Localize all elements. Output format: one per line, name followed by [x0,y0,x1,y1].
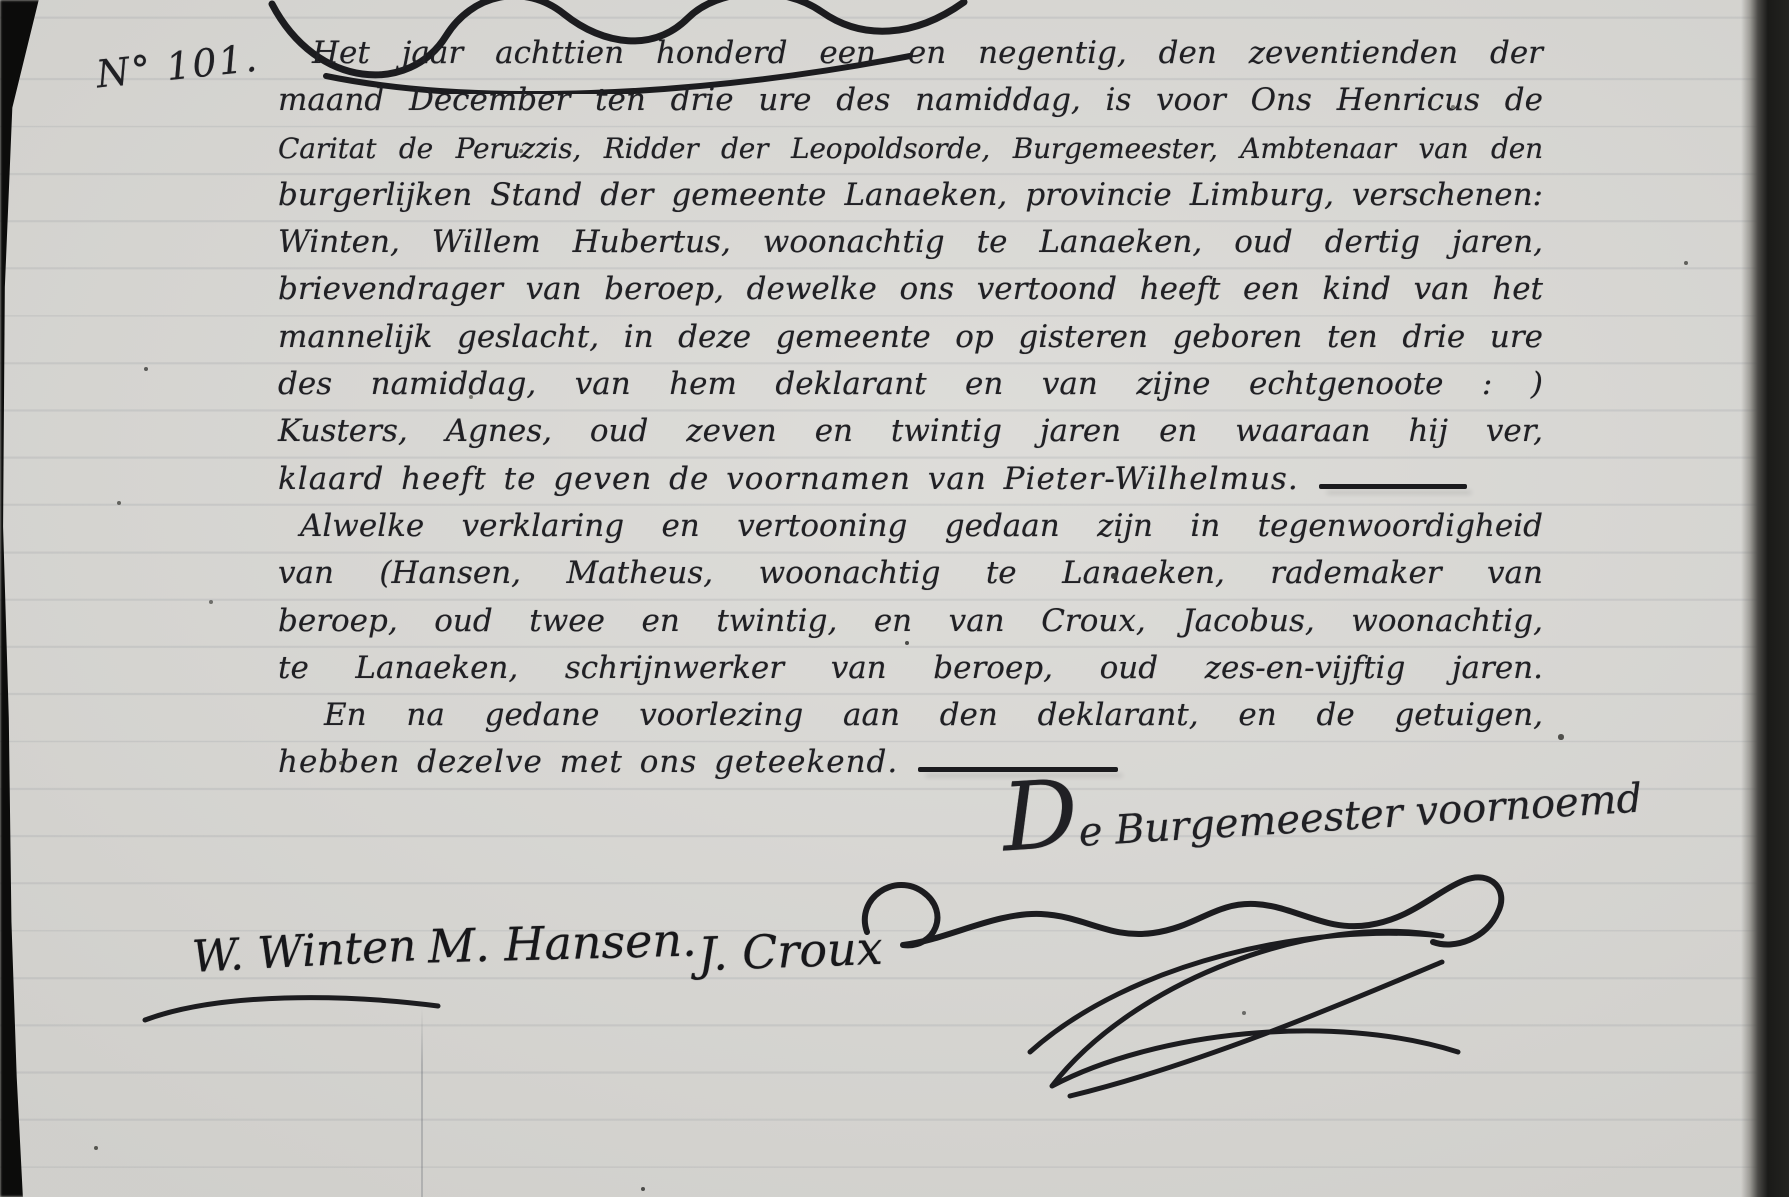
body-line-text: des namiddag, van hem deklarant en van z… [278,366,1543,402]
ink-dash-rule [1319,484,1467,489]
body-line: klaard heeft te geven de voornamen van P… [278,456,1543,503]
act-body-text: Het jaar achttien honderd een en negenti… [278,30,1543,787]
body-line: Caritat de Peruzzis, Ridder der Leopolds… [278,125,1543,172]
body-line-text: Het jaar achttien honderd een en negenti… [312,35,1543,71]
body-line: des namiddag, van hem deklarant en van z… [278,361,1543,408]
body-line: Het jaar achttien honderd een en negenti… [278,30,1543,77]
page-edge-right [1741,0,1789,1197]
body-line: burgerlijken Stand der gemeente Lanaeken… [278,172,1543,219]
body-line-text: maand December ten drie ure des namiddag… [278,82,1543,118]
body-line: te Lanaeken, schrijnwerker van beroep, o… [278,645,1543,692]
civil-register-page: N° 101. Het jaar achttien honderd een en… [0,0,1789,1197]
body-line-text: Winten, Willem Hubertus, woonachtig te L… [278,224,1543,260]
body-line-text: Alwelke verklaring en vertooning gedaan … [300,508,1543,544]
body-line: En na gedane voorlezing aan den deklaran… [278,692,1543,739]
body-line: van (Hansen, Matheus, woonachtig te Lana… [278,550,1543,597]
body-line-text: klaard heeft te geven de voornamen van P… [278,461,1299,497]
body-line: Alwelke verklaring en vertooning gedaan … [278,503,1543,550]
body-line-text: hebben dezelve met ons geteekend. [278,744,898,780]
body-line-text: burgerlijken Stand der gemeente Lanaeken… [278,177,1543,213]
body-line: beroep, oud twee en twintig, en van Crou… [278,598,1543,645]
signature-hansen: M. Hansen. [427,912,697,973]
body-line: hebben dezelve met ons geteekend. [278,739,1543,786]
body-line: maand December ten drie ure des namiddag… [278,77,1543,124]
body-line: Kusters, Agnes, oud zeven en twintig jar… [278,408,1543,455]
body-line-text: En na gedane voorlezing aan den deklaran… [324,697,1543,733]
winten-underline-flourish [140,986,445,1028]
burgemeester-paraph-flourish [1012,900,1472,1100]
body-line-text: Kusters, Agnes, oud zeven en twintig jar… [278,413,1543,449]
body-line-text: te Lanaeken, schrijnwerker van beroep, o… [278,650,1543,686]
body-line: mannelijk geslacht, in deze gemeente op … [278,314,1543,361]
signature-croux: J. Croux [697,921,883,981]
body-line: brievendrager van beroep, dewelke ons ve… [278,266,1543,313]
body-line: Winten, Willem Hubertus, woonachtig te L… [278,219,1543,266]
body-line-text: mannelijk geslacht, in deze gemeente op … [278,319,1543,355]
body-line-text: beroep, oud twee en twintig, en van Crou… [278,603,1543,639]
body-line-text: van (Hansen, Matheus, woonachtig te Lana… [278,555,1543,591]
body-line-text: Caritat de Peruzzis, Ridder der Leopolds… [278,132,1543,165]
body-line-text: brievendrager van beroep, dewelke ons ve… [278,271,1543,307]
paper-crease [421,1008,423,1197]
